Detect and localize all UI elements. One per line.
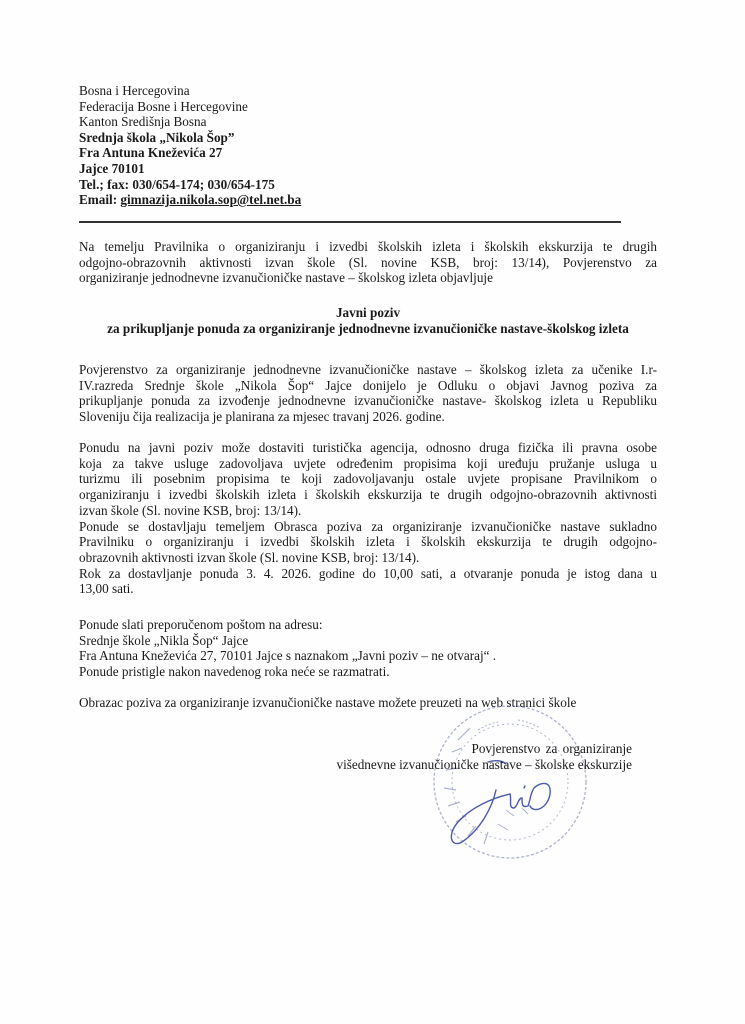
- letterhead-entity: Federacija Bosne i Hercegovine: [79, 99, 301, 115]
- paragraph-4: Rok za dostavljanje ponuda 3. 4. 2026. g…: [79, 566, 657, 597]
- paragraph-line: Ponudu na javni poziv može dostaviti tur…: [79, 440, 657, 456]
- paragraph-line: koja za takve usluge zadovoljava uvjete …: [79, 456, 657, 472]
- letterhead: Bosna i Hercegovina Federacija Bosne i H…: [79, 83, 301, 208]
- paragraph-line: organiziranju i izvedbi školskih izleta …: [79, 487, 657, 503]
- email-label: Email:: [79, 192, 120, 207]
- paragraph-line: Pravilniku o organiziranju i izvedbi ško…: [79, 534, 657, 550]
- paragraph-5: Ponude slati preporučenom poštom na adre…: [79, 617, 657, 680]
- intro-paragraph: Na temelju Pravilnika o organiziranju i …: [79, 239, 657, 286]
- paragraph-2: Ponudu na javni poziv može dostaviti tur…: [79, 440, 657, 519]
- title-subtitle: za prikupljanje ponuda za organiziranje …: [79, 321, 657, 337]
- paragraph-line: Ponude slati preporučenom poštom na adre…: [79, 617, 657, 633]
- signature-committee-line-2: višednevne izvanučioničke nastave – škol…: [330, 757, 632, 773]
- paragraph-line: Sloveniju čija realizacija je planirana …: [79, 409, 657, 425]
- paragraph-line: IV.razreda Srednje škole „Nikola Šop“ Ja…: [79, 378, 657, 394]
- paragraph-3: Ponude se dostavljaju temeljem Obrasca p…: [79, 519, 657, 566]
- letterhead-city: Jajce 70101: [79, 161, 301, 177]
- paragraph-line: 13,00 sati.: [79, 581, 657, 597]
- intro-line: organiziranje jednodnevne izvanučioničke…: [79, 270, 657, 286]
- intro-line: odgojno-obrazovnih aktivnosti izvan škol…: [79, 255, 657, 271]
- intro-line: Na temelju Pravilnika o organiziranju i …: [79, 239, 657, 255]
- paragraph-line: izvan škole (Sl. novine KSB, broj: 13/14…: [79, 503, 657, 519]
- title-main: Javni poziv: [79, 305, 657, 321]
- letterhead-country: Bosna i Hercegovina: [79, 83, 301, 99]
- paragraph-line: Rok za dostavljanje ponuda 3. 4. 2026. g…: [79, 566, 657, 582]
- document-page: Bosna i Hercegovina Federacija Bosne i H…: [0, 0, 745, 1024]
- letterhead-street: Fra Antuna Kneževića 27: [79, 145, 301, 161]
- paragraph-line: prikupljanje ponuda za izvođenje jednodn…: [79, 393, 657, 409]
- paragraph-line: obrazovnih aktivnosti izvan škole (Sl. n…: [79, 550, 657, 566]
- paragraph-1: Povjerenstvo za organiziranje jednodnevn…: [79, 362, 657, 425]
- paragraph-line: Ponude pristigle nakon navedenog roka ne…: [79, 664, 657, 680]
- paragraph-line: Srednje škole „Nikla Šop“ Jajce: [79, 633, 657, 649]
- paragraph-6: Obrazac poziva za organiziranje izvanuči…: [79, 695, 657, 711]
- letterhead-school-name: Srednja škola „Nikola Šop”: [79, 130, 301, 146]
- paragraph-line: Fra Antuna Kneževića 27, 70101 Jajce s n…: [79, 648, 657, 664]
- document-title: Javni poziv za prikupljanje ponuda za or…: [79, 305, 657, 336]
- letterhead-email-line: Email: gimnazija.nikola.sop@tel.net.ba: [79, 192, 301, 208]
- paragraph-line: Ponude se dostavljaju temeljem Obrasca p…: [79, 519, 657, 535]
- official-stamp: [418, 690, 593, 870]
- email-link[interactable]: gimnazija.nikola.sop@tel.net.ba: [120, 192, 301, 207]
- signature-committee-line-1: Povjerenstvo za organiziranje: [330, 741, 632, 757]
- header-separator: [79, 221, 621, 223]
- letterhead-phone: Tel.; fax: 030/654-174; 030/654-175: [79, 177, 301, 193]
- letterhead-canton: Kanton Središnja Bosna: [79, 114, 301, 130]
- paragraph-line: turizmu ili posebnim propisima te koji z…: [79, 471, 657, 487]
- paragraph-line: Povjerenstvo za organiziranje jednodnevn…: [79, 362, 657, 378]
- paragraph-line: Obrazac poziva za organiziranje izvanuči…: [79, 695, 657, 711]
- signature-block: Povjerenstvo za organiziranje višednevne…: [330, 741, 632, 773]
